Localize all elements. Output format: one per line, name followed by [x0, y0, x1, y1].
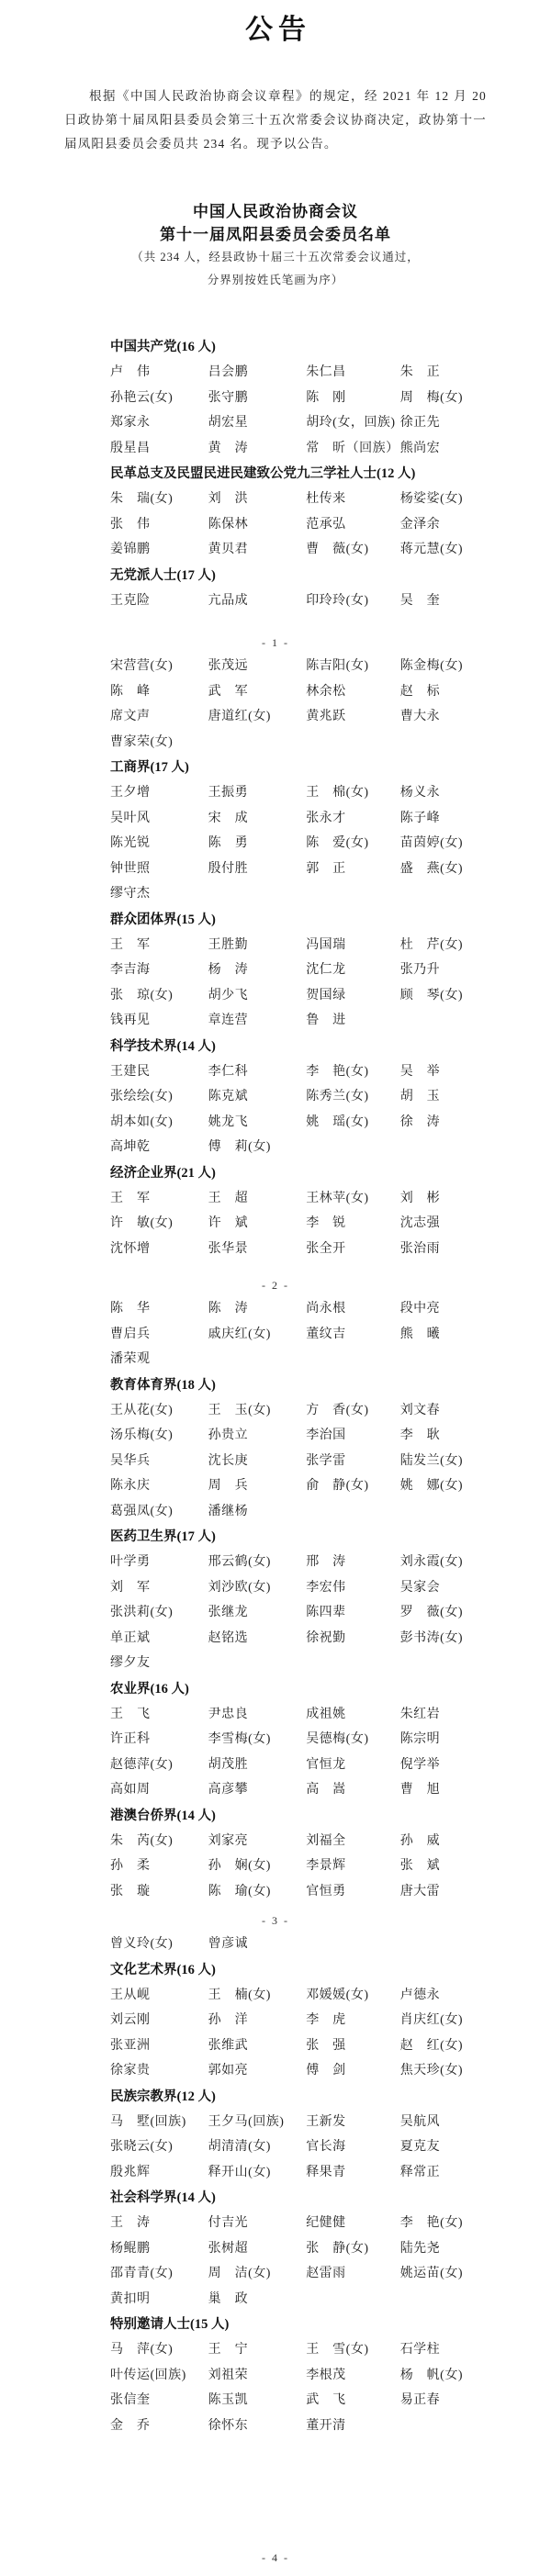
member-name: 王 棉(女): [306, 780, 400, 806]
member-name: 张 伟: [110, 512, 208, 538]
member-name: 陈玉凯: [208, 2388, 307, 2414]
member-name: 杨义永: [400, 780, 487, 806]
member-name: 王 玉(女): [208, 1398, 307, 1424]
member-name: 沈怀增: [110, 1237, 208, 1262]
member-name: 张 静(女): [306, 2236, 400, 2262]
member-name: 陈 勇: [208, 831, 307, 857]
member-name: 刘祖荣: [208, 2363, 307, 2389]
member-name: 杨 涛: [208, 958, 307, 983]
member-name: 李 艳(女): [306, 1059, 400, 1085]
member-name: 赵雷雨: [306, 2261, 400, 2287]
member-name: 刘福全: [306, 1829, 400, 1854]
member-name: 尚永根: [306, 1296, 400, 1322]
member-name: 陈吉阳(女): [306, 654, 400, 679]
member-name: 李根茂: [306, 2363, 400, 2389]
member-name: 王从岘: [110, 1983, 208, 2009]
member-name: 陈保林: [208, 512, 307, 538]
member-name: 张华景: [208, 1237, 307, 1262]
member-name: 尹忠良: [208, 1702, 307, 1728]
member-name: 张 璇: [110, 1879, 208, 1905]
member-name: 苗茵婷(女): [400, 831, 487, 857]
page-number: - 3 -: [0, 1911, 551, 1930]
member-name: 周 梅(女): [400, 386, 487, 411]
member-name: 陈光锐: [110, 831, 208, 857]
names-grid: 宋营营(女)张茂远陈吉阳(女)陈金梅(女)陈 峰武 军林余松赵 标席文声唐道红(…: [110, 654, 487, 755]
member-name: 孙 威: [400, 1829, 487, 1854]
member-name: 唐道红(女): [208, 704, 307, 730]
member-name: 巢 政: [208, 2287, 307, 2313]
member-name: 陈 爱(女): [306, 831, 400, 857]
member-name: 高坤乾: [110, 1135, 208, 1160]
section-header: 港澳台侨界(14 人): [110, 1803, 487, 1829]
member-name: 刘云刚: [110, 2008, 208, 2033]
member-name: 陈宗明: [400, 1727, 487, 1753]
member-name: 刘文春: [400, 1398, 487, 1424]
member-name: 殷付胜: [208, 857, 307, 882]
member-name: 徐 涛: [400, 1110, 487, 1136]
member-name: 杜传来: [306, 487, 400, 512]
member-name: 缪夕友: [110, 1651, 208, 1676]
member-name: 曾义玲(女): [110, 1932, 208, 1957]
member-name: 王 超: [208, 1186, 307, 1212]
member-name: 王 宁: [208, 2337, 307, 2363]
member-name: 陈永庆: [110, 1473, 208, 1499]
page-title: 公告: [0, 11, 551, 50]
member-name: 殷星昌: [110, 436, 208, 462]
member-name: 焦天珍(女): [400, 2058, 487, 2084]
member-name: 李吉海: [110, 958, 208, 983]
member-name: 曹 薇(女): [306, 537, 400, 563]
member-name: 王 军: [110, 933, 208, 958]
member-name: 鲁 进: [306, 1008, 400, 1034]
list-title-line1: 中国人民政治协商会议: [0, 200, 551, 223]
member-name: 钱再见: [110, 1008, 208, 1034]
member-name: 殷兆辉: [110, 2160, 208, 2186]
member-name: 孙 洋: [208, 2008, 307, 2033]
member-name: 王新发: [306, 2110, 400, 2135]
member-name: 郭如亮: [208, 2058, 307, 2084]
section-header: 群众团体界(15 人): [110, 907, 487, 933]
member-name: 黄兆跃: [306, 704, 400, 730]
member-name: 冯国瑞: [306, 933, 400, 958]
member-name: 黄贝君: [208, 537, 307, 563]
section-header: 中国共产党(16 人): [110, 334, 487, 360]
member-name: 夏克友: [400, 2134, 487, 2160]
member-name: 高彦攀: [208, 1777, 307, 1803]
names-grid: 王从花(女)王 玉(女)方 香(女)刘文春汤乐梅(女)孙贵立李治国李 耿吴华兵沈…: [110, 1398, 487, 1525]
member-name: 杜 芹(女): [400, 933, 487, 958]
member-name: 刘永霞(女): [400, 1550, 487, 1575]
member-name: 胡少飞: [208, 983, 307, 1009]
member-name: 孙贵立: [208, 1423, 307, 1449]
member-name: 杨 帆(女): [400, 2363, 487, 2389]
names-grid: 卢 伟吕会鹏朱仁昌朱 正孙艳云(女)张守鹏陈 刚周 梅(女)郑家永胡宏星胡玲(女…: [110, 360, 487, 461]
member-name: 王建民: [110, 1059, 208, 1085]
member-name: 叶学勇: [110, 1550, 208, 1575]
member-name: 肖庆红(女): [400, 2008, 487, 2033]
page-number: - 2 -: [0, 1276, 551, 1294]
member-list: 中国共产党(16 人)卢 伟吕会鹏朱仁昌朱 正孙艳云(女)张守鹏陈 刚周 梅(女…: [110, 334, 487, 2567]
member-name: 王 涛: [110, 2211, 208, 2236]
member-name: 董开清: [306, 2414, 400, 2439]
member-name: 印玲玲(女): [306, 588, 400, 614]
member-name: 亢品成: [208, 588, 307, 614]
member-name: 金 乔: [110, 2414, 208, 2439]
member-name: 张茂远: [208, 654, 307, 679]
member-name: 李 虎: [306, 2008, 400, 2033]
member-name: 孙 柔: [110, 1854, 208, 1879]
section-header: 科学技术界(14 人): [110, 1034, 487, 1059]
member-name: 朱 瑞(女): [110, 487, 208, 512]
member-name: 王从花(女): [110, 1398, 208, 1424]
member-name: 邢云鹤(女): [208, 1550, 307, 1575]
member-name: 郭 正: [306, 857, 400, 882]
member-name: 傅 剑: [306, 2058, 400, 2084]
member-name: 王 楠(女): [208, 1983, 307, 2009]
member-name: 贺国绿: [306, 983, 400, 1009]
member-name: 石学柱: [400, 2337, 487, 2363]
member-name: 李仁科: [208, 1059, 307, 1085]
member-name: 张晓云(女): [110, 2134, 208, 2160]
member-name: 徐正先: [400, 410, 487, 436]
member-name: 陈四辈: [306, 1600, 400, 1626]
member-name: 朱红岩: [400, 1702, 487, 1728]
member-name: 黄 涛: [208, 436, 307, 462]
member-name: 周 洁(女): [208, 2261, 307, 2287]
member-name: 罗 薇(女): [400, 1600, 487, 1626]
member-name: 张亚洲: [110, 2033, 208, 2059]
member-name: 王林苹(女): [306, 1186, 400, 1212]
names-grid: 王克险亢品成印玲玲(女)吴 奎: [110, 588, 487, 614]
member-name: 吴 奎: [400, 588, 487, 614]
member-name: 陈 涛: [208, 1296, 307, 1322]
member-name: 盛 燕(女): [400, 857, 487, 882]
names-grid: 王 涛付吉光纪健健李 艳(女)杨鲲鹏张树超张 静(女)陆先尧邵青青(女)周 洁(…: [110, 2211, 487, 2312]
member-name: 戚庆红(女): [208, 1322, 307, 1348]
member-name: 孙 娴(女): [208, 1854, 307, 1879]
member-name: 杨娑娑(女): [400, 487, 487, 512]
member-name: 李宏伟: [306, 1575, 400, 1601]
section-header: 医药卫生界(17 人): [110, 1524, 487, 1550]
member-name: 刘 彬: [400, 1186, 487, 1212]
names-grid: 叶学勇邢云鹤(女)邢 涛刘永霞(女)刘 军刘沙欧(女)李宏伟吴家会张洪莉(女)张…: [110, 1550, 487, 1676]
member-name: 孙艳云(女): [110, 386, 208, 411]
member-name: 张永才: [306, 806, 400, 832]
member-name: 付吉光: [208, 2211, 307, 2236]
section-header: 无党派人士(17 人): [110, 563, 487, 588]
page-number: - 1 -: [0, 633, 551, 652]
member-name: 席文声: [110, 704, 208, 730]
member-name: 王夕马(回族): [208, 2110, 307, 2135]
member-name: 卢德永: [400, 1983, 487, 2009]
member-name: 李治国: [306, 1423, 400, 1449]
member-name: 周 兵: [208, 1473, 307, 1499]
member-name: 张乃升: [400, 958, 487, 983]
member-name: 李雪梅(女): [208, 1727, 307, 1753]
member-name: 刘家亮: [208, 1829, 307, 1854]
member-name: 张守鹏: [208, 386, 307, 411]
section-header: 特别邀请人士(15 人): [110, 2312, 487, 2337]
member-name: 张 强: [306, 2033, 400, 2059]
member-name: 陈克斌: [208, 1084, 307, 1110]
member-name: 朱 正: [400, 360, 487, 386]
member-name: 段中亮: [400, 1296, 487, 1322]
names-grid: 王建民李仁科李 艳(女)吴 举张绘绘(女)陈克斌陈秀兰(女)胡 玉胡本如(女)姚…: [110, 1059, 487, 1160]
member-name: 李景辉: [306, 1854, 400, 1879]
member-name: 葛强凤(女): [110, 1499, 208, 1525]
member-name: 赵铭选: [208, 1626, 307, 1652]
member-name: 刘 洪: [208, 487, 307, 512]
member-name: 陆先尧: [400, 2236, 487, 2262]
names-grid: 朱 瑞(女)刘 洪杜传来杨娑娑(女)张 伟陈保林范承弘金泽余姜锦鹏黄贝君曹 薇(…: [110, 487, 487, 563]
member-name: 释开山(女): [208, 2160, 307, 2186]
member-name: 马 墅(回族): [110, 2110, 208, 2135]
member-name: 王 军: [110, 1186, 208, 1212]
member-name: 邓媛媛(女): [306, 1983, 400, 2009]
member-name: 许 斌: [208, 1211, 307, 1237]
member-name: 张学雷: [306, 1449, 400, 1474]
names-grid: 王 军王胜勤冯国瑞杜 芹(女)李吉海杨 涛沈仁龙张乃升张 琼(女)胡少飞贺国绿顾…: [110, 933, 487, 1034]
member-name: 朱 芮(女): [110, 1829, 208, 1854]
member-name: 陈 华: [110, 1296, 208, 1322]
member-name: 杨鲲鹏: [110, 2236, 208, 2262]
member-name: 赵德萍(女): [110, 1753, 208, 1778]
names-grid: 陈 华陈 涛尚永根段中亮曹启兵戚庆红(女)董纹吉熊 曦潘荣观: [110, 1296, 487, 1372]
member-name: 张全开: [306, 1237, 400, 1262]
page-number: - 4 -: [0, 2548, 551, 2567]
announcement-document: 公告 根据《中国人民政治协商会议章程》的规定，经 2021 年 12 月 20 …: [0, 0, 551, 2576]
member-name: 高如周: [110, 1777, 208, 1803]
member-name: 刘沙欧(女): [208, 1575, 307, 1601]
list-subtitle-line2: 分界别按姓氏笔画为序）: [0, 269, 551, 292]
member-name: 缪守杰: [110, 881, 208, 907]
member-name: 胡玲(女，回族): [306, 410, 400, 436]
member-name: 邢 涛: [306, 1550, 400, 1575]
member-name: 张树超: [208, 2236, 307, 2262]
member-name: 李 锐: [306, 1211, 400, 1237]
member-name: 姚龙飞: [208, 1110, 307, 1136]
section-header: 社会科学界(14 人): [110, 2185, 487, 2211]
member-name: 陈 峰: [110, 679, 208, 705]
member-name: 张绘绘(女): [110, 1084, 208, 1110]
member-name: 官长海: [306, 2134, 400, 2160]
member-name: 黄扣明: [110, 2287, 208, 2313]
member-name: 刘 军: [110, 1575, 208, 1601]
member-name: 王克险: [110, 588, 208, 614]
member-name: 吴家会: [400, 1575, 487, 1601]
section-header: 民族宗教界(12 人): [110, 2084, 487, 2110]
member-name: 章连营: [208, 1008, 307, 1034]
member-name: 徐怀东: [208, 2414, 307, 2439]
member-name: 曹大永: [400, 704, 487, 730]
member-name: 张洪莉(女): [110, 1600, 208, 1626]
section-header: 农业界(16 人): [110, 1676, 487, 1702]
member-name: 胡宏星: [208, 410, 307, 436]
member-name: 单正斌: [110, 1626, 208, 1652]
member-name: 姚 瑶(女): [306, 1110, 400, 1136]
member-name: 熊尚宏: [400, 436, 487, 462]
member-name: 傅 莉(女): [208, 1135, 307, 1160]
member-name: 纪健健: [306, 2211, 400, 2236]
member-name: 张继龙: [208, 1600, 307, 1626]
names-grid: 曾义玲(女)曾彦诚: [110, 1932, 487, 1957]
member-name: 陈 瑜(女): [208, 1879, 307, 1905]
member-name: 曹 旭: [400, 1777, 487, 1803]
member-name: 王胜勤: [208, 933, 307, 958]
member-name: 潘荣观: [110, 1347, 208, 1372]
member-name: 许正科: [110, 1727, 208, 1753]
member-name: 武 军: [208, 679, 307, 705]
member-name: 朱仁昌: [306, 360, 400, 386]
member-name: 张治雨: [400, 1237, 487, 1262]
member-name: 吴德梅(女): [306, 1727, 400, 1753]
member-name: 金泽余: [400, 512, 487, 538]
member-name: 张信奎: [110, 2388, 208, 2414]
section-header: 教育体育界(18 人): [110, 1372, 487, 1398]
member-name: 林余松: [306, 679, 400, 705]
member-name: 宋营营(女): [110, 654, 208, 679]
member-name: 王振勇: [208, 780, 307, 806]
member-name: 郑家永: [110, 410, 208, 436]
member-name: 陈 刚: [306, 386, 400, 411]
member-name: 宋 成: [208, 806, 307, 832]
member-name: 顾 琴(女): [400, 983, 487, 1009]
member-name: 范承弘: [306, 512, 400, 538]
member-name: 官恒龙: [306, 1753, 400, 1778]
member-name: 董纹吉: [306, 1322, 400, 1348]
member-name: 易正春: [400, 2388, 487, 2414]
member-name: 曹启兵: [110, 1322, 208, 1348]
member-name: 赵 红(女): [400, 2033, 487, 2059]
section-header: 工商界(17 人): [110, 755, 487, 780]
member-name: 徐家贵: [110, 2058, 208, 2084]
member-name: 吴航风: [400, 2110, 487, 2135]
names-grid: 王夕增王振勇王 棉(女)杨义永吴叶风宋 成张永才陈子峰陈光锐陈 勇陈 爱(女)苗…: [110, 780, 487, 907]
member-name: 官恒勇: [306, 1879, 400, 1905]
list-subtitle-line1: （共 234 人，经县政协十届三十五次常委会议通过，: [0, 246, 551, 269]
member-name: 沈志强: [400, 1211, 487, 1237]
member-name: 熊 曦: [400, 1322, 487, 1348]
member-name: 徐祝勤: [306, 1626, 400, 1652]
names-grid: 王 飞尹忠良成祖姚朱红岩许正科李雪梅(女)吴德梅(女)陈宗明赵德萍(女)胡茂胜官…: [110, 1702, 487, 1803]
names-grid: 马 墅(回族)王夕马(回族)王新发吴航风张晓云(女)胡清清(女)官长海夏克友殷兆…: [110, 2110, 487, 2186]
member-name: 张 琼(女): [110, 983, 208, 1009]
member-name: 邵青青(女): [110, 2261, 208, 2287]
member-name: 高 嵩: [306, 1777, 400, 1803]
member-name: 王 雪(女): [306, 2337, 400, 2363]
member-name: 钟世照: [110, 857, 208, 882]
member-name: 吴华兵: [110, 1449, 208, 1474]
member-name: 沈仁龙: [306, 958, 400, 983]
list-title-line2: 第十一届凤阳县委员会委员名单: [0, 223, 551, 246]
member-name: 沈长庚: [208, 1449, 307, 1474]
member-name: 马 萍(女): [110, 2337, 208, 2363]
member-name: 陈秀兰(女): [306, 1084, 400, 1110]
section-header: 民革总支及民盟民进民建致公党九三学社人士(12 人): [110, 461, 487, 487]
member-name: 曾彦诚: [208, 1932, 307, 1957]
member-name: 李 艳(女): [400, 2211, 487, 2236]
member-name: 陈金梅(女): [400, 654, 487, 679]
member-name: 释果青: [306, 2160, 400, 2186]
member-name: 叶传运(回族): [110, 2363, 208, 2389]
member-name: 李 耿: [400, 1423, 487, 1449]
member-name: 曹家荣(女): [110, 730, 208, 756]
member-name: 蒋元慧(女): [400, 537, 487, 563]
member-name: 唐大雷: [400, 1879, 487, 1905]
names-grid: 王 军王 超王林苹(女)刘 彬许 敏(女)许 斌李 锐沈志强沈怀增张华景张全开张…: [110, 1186, 487, 1262]
member-name: 方 香(女): [306, 1398, 400, 1424]
section-header: 经济企业界(21 人): [110, 1160, 487, 1186]
member-name: 陆发兰(女): [400, 1449, 487, 1474]
member-name: 胡本如(女): [110, 1110, 208, 1136]
member-name: 姜锦鹏: [110, 537, 208, 563]
member-name: 卢 伟: [110, 360, 208, 386]
member-name: 姚 娜(女): [400, 1473, 487, 1499]
member-name: 俞 静(女): [306, 1473, 400, 1499]
names-grid: 马 萍(女)王 宁王 雪(女)石学柱叶传运(回族)刘祖荣李根茂杨 帆(女)张信奎…: [110, 2337, 487, 2438]
section-header: 文化艺术界(16 人): [110, 1957, 487, 1983]
member-name: 彭书涛(女): [400, 1626, 487, 1652]
member-name: 胡茂胜: [208, 1753, 307, 1778]
member-name: 张 斌: [400, 1854, 487, 1879]
member-name: 胡清清(女): [208, 2134, 307, 2160]
names-grid: 朱 芮(女)刘家亮刘福全孙 威孙 柔孙 娴(女)李景辉张 斌张 璇陈 瑜(女)官…: [110, 1829, 487, 1905]
intro-paragraph: 根据《中国人民政治协商会议章程》的规定，经 2021 年 12 月 20 日政协…: [64, 84, 487, 156]
member-name: 吴 举: [400, 1059, 487, 1085]
member-name: 释常正: [400, 2160, 487, 2186]
member-name: 潘继杨: [208, 1499, 307, 1525]
member-name: 吕会鹏: [208, 360, 307, 386]
member-name: 赵 标: [400, 679, 487, 705]
member-name: 武 飞: [306, 2388, 400, 2414]
member-name: 许 敏(女): [110, 1211, 208, 1237]
member-name: 姚运苗(女): [400, 2261, 487, 2287]
member-name: 成祖姚: [306, 1702, 400, 1728]
member-name: 张维武: [208, 2033, 307, 2059]
names-grid: 王从岘王 楠(女)邓媛媛(女)卢德永刘云刚孙 洋李 虎肖庆红(女)张亚洲张维武张…: [110, 1983, 487, 2084]
member-name: 王 飞: [110, 1702, 208, 1728]
member-name: 倪学举: [400, 1753, 487, 1778]
member-name: 胡 玉: [400, 1084, 487, 1110]
member-name: 王夕增: [110, 780, 208, 806]
member-name: 吴叶风: [110, 806, 208, 832]
member-name: 常 昕（回族）: [306, 436, 400, 462]
member-name: 汤乐梅(女): [110, 1423, 208, 1449]
member-name: 陈子峰: [400, 806, 487, 832]
